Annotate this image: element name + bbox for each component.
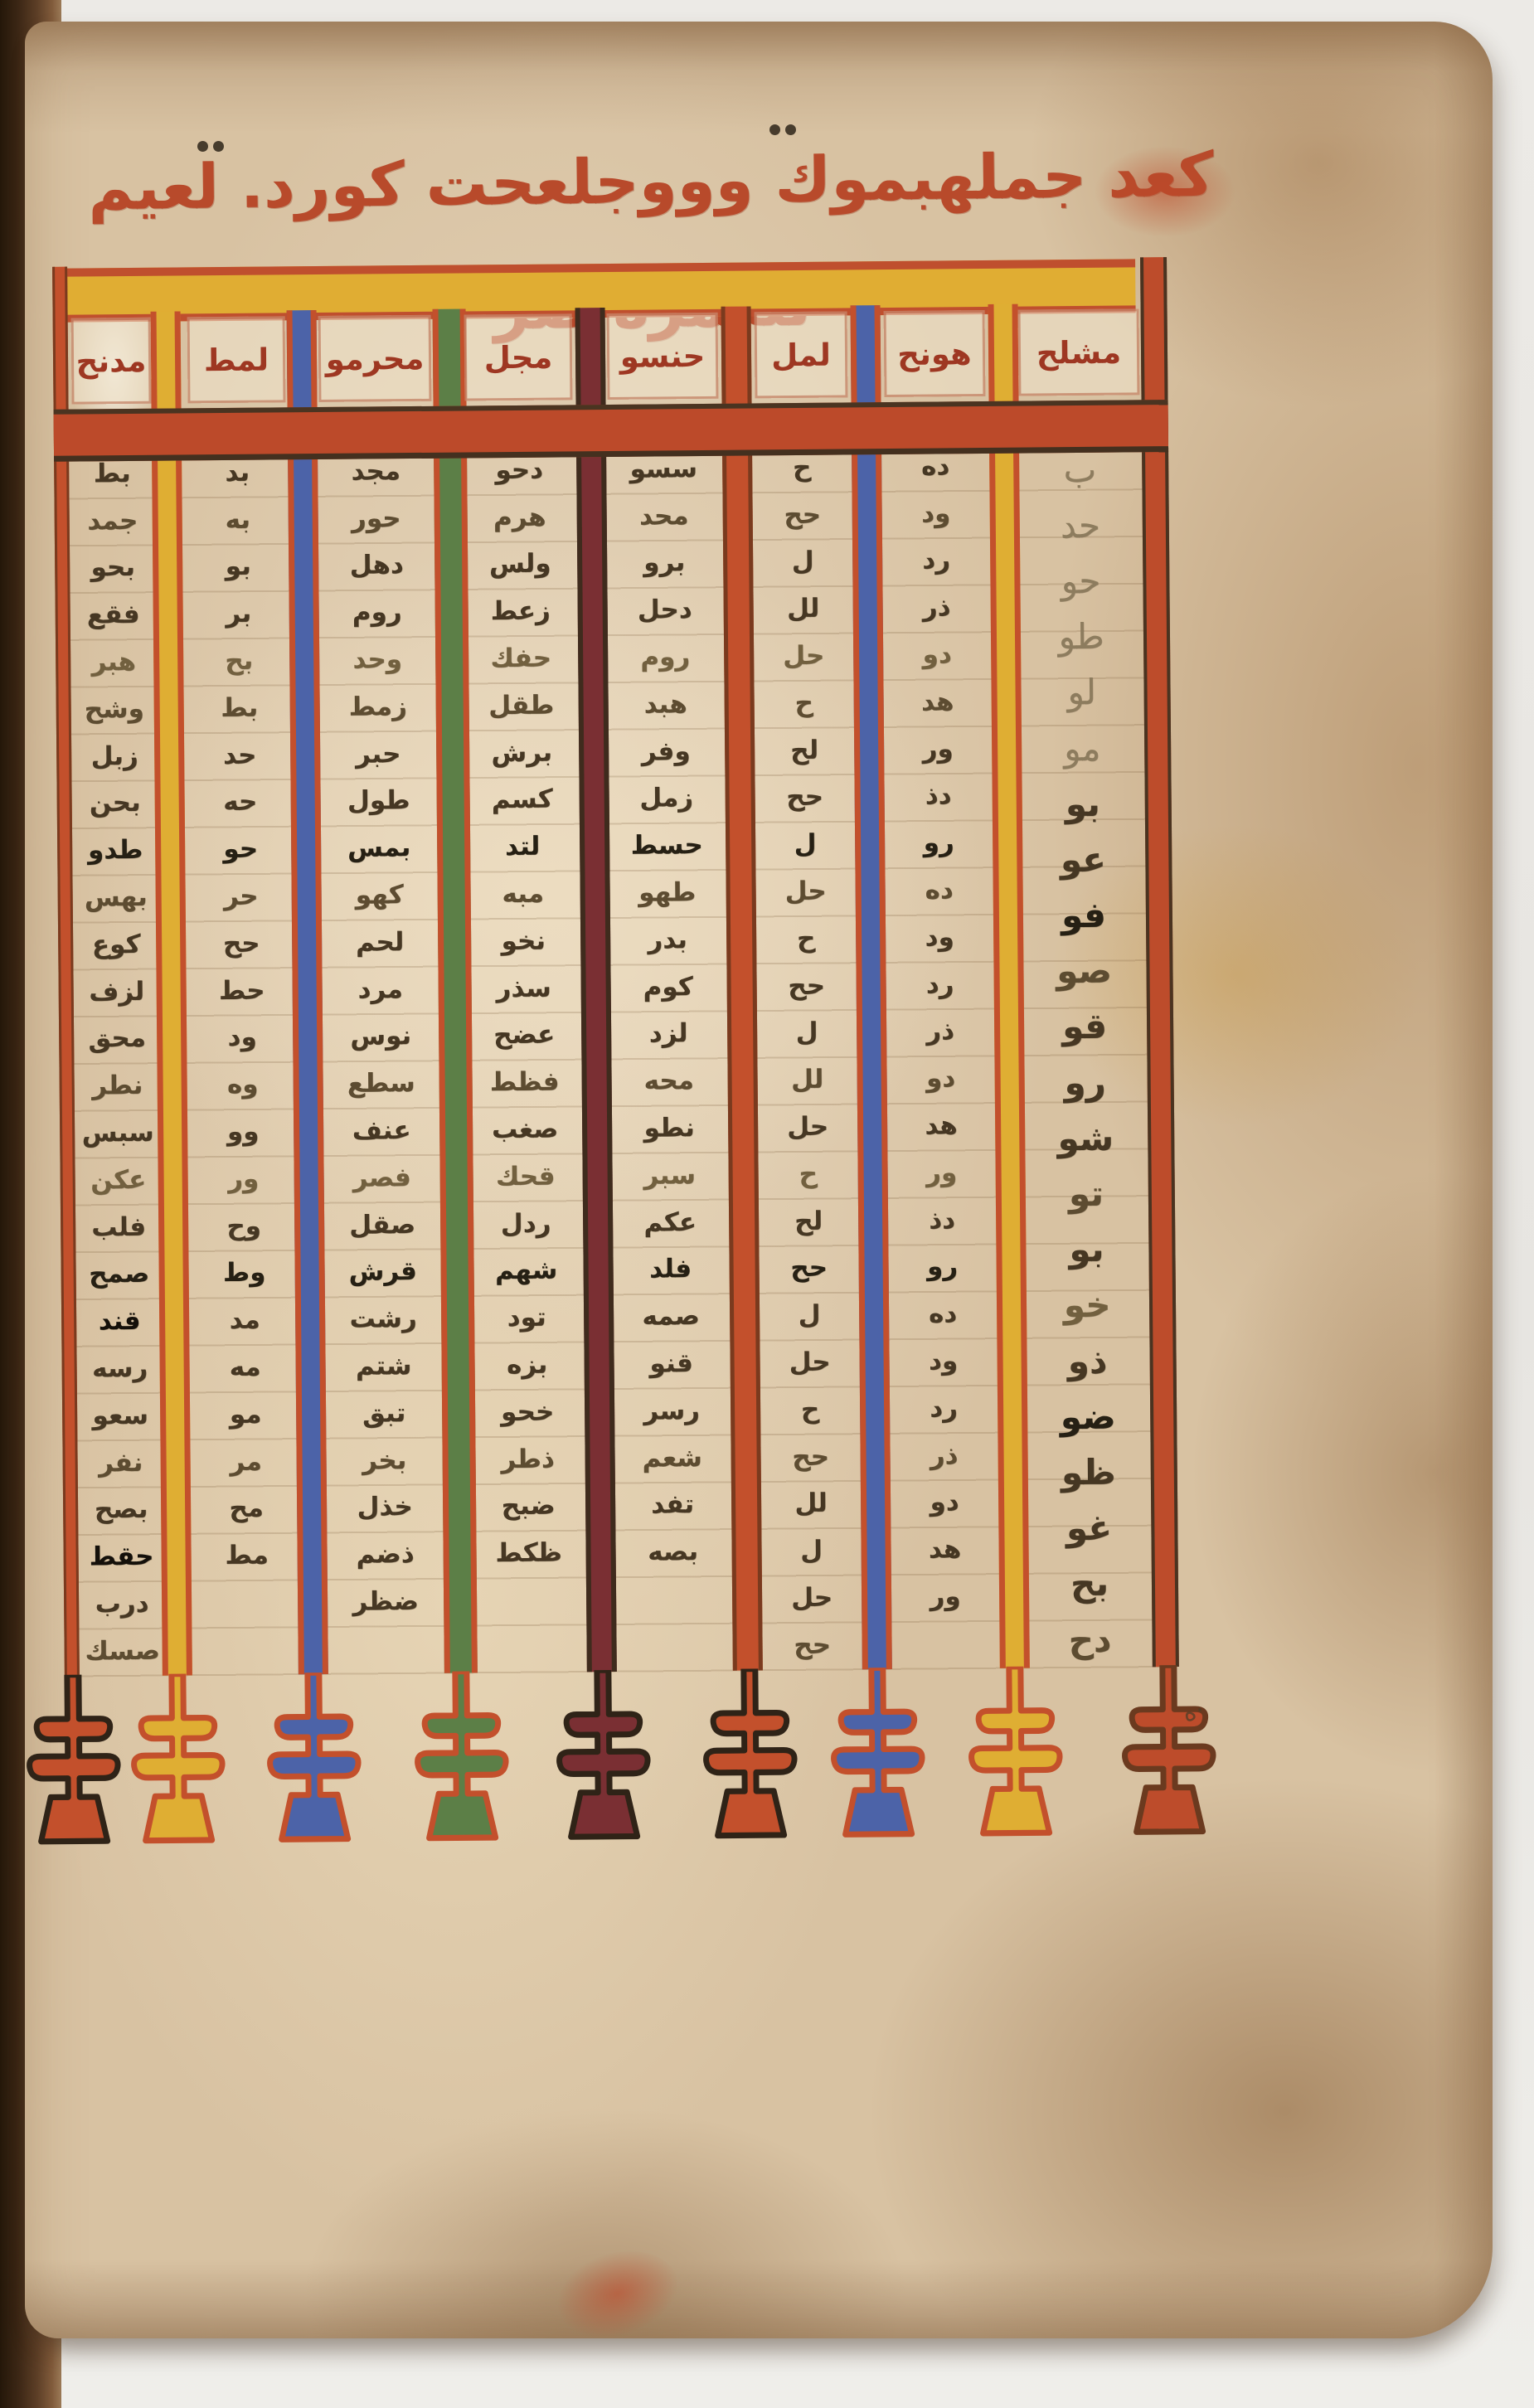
syriac-cell: صسك: [82, 1628, 162, 1676]
syriac-cell: لح: [762, 1197, 855, 1245]
syriac-cell: مح: [197, 1485, 295, 1533]
syriac-cell: ولس: [466, 541, 574, 589]
syriac-cell: سبس: [78, 1109, 158, 1158]
syriac-cell: فقع: [73, 591, 153, 639]
syriac-cell: رو: [888, 819, 989, 867]
syriac-cell: وط: [195, 1250, 293, 1298]
syriac-cell: فلد: [614, 1245, 726, 1294]
syriac-cell: دو: [894, 1478, 995, 1527]
syriac-cell: سعو: [80, 1392, 160, 1440]
syriac-cell: محه: [613, 1057, 724, 1105]
syriac-cell: صمه: [615, 1293, 726, 1341]
syriac-cell: ذضم: [328, 1531, 441, 1579]
syriac-cell: بصح: [81, 1486, 161, 1534]
syriac-cell: ل: [759, 821, 852, 869]
syriac-cell: بو: [1026, 1221, 1148, 1278]
syriac-cell: ده: [892, 1290, 993, 1338]
syriac-cell: رد: [889, 961, 990, 1009]
syriac-cell: حح: [755, 491, 848, 539]
syriac-cell: بصه: [617, 1528, 728, 1576]
syriac-cell: بد: [188, 449, 286, 497]
syriac-cell: رشت: [327, 1295, 439, 1343]
syriac-cell: حح: [760, 962, 852, 1010]
syriac-cell: شتم: [327, 1342, 439, 1391]
syriac-cell: حل: [761, 1104, 854, 1152]
syriac-cell: لزف: [76, 969, 156, 1017]
syriac-cell: كسم: [468, 776, 575, 824]
syriac-cell: رو: [1024, 1054, 1146, 1110]
syriac-cell: حه: [191, 779, 289, 827]
syriac-cell: حح: [758, 774, 851, 822]
syriac-cell: عكم: [614, 1199, 726, 1247]
column-header: مشلح: [1018, 308, 1140, 396]
syriac-cell: تبق: [328, 1390, 440, 1438]
syriac-cell: زعط: [466, 588, 574, 636]
syriac-cell: شعم: [616, 1434, 727, 1482]
syriac-cell: رسه: [80, 1345, 159, 1393]
syriac-cell: حد: [191, 731, 289, 779]
column-header: لمل: [755, 311, 848, 398]
syriac-cell: ده: [885, 443, 986, 491]
syriac-cell: قو: [1024, 998, 1146, 1055]
syriac-cell: به: [188, 496, 286, 544]
syriac-cell: بدر: [612, 916, 723, 964]
table-column: بطجمدبحوفقعهبروشحزبلبحنطدوبهسكوعلزفمحقنط…: [72, 450, 163, 1682]
syriac-cell: درب: [82, 1580, 162, 1629]
syriac-cell: حط: [192, 967, 290, 1015]
syriac-cell: حح: [764, 1433, 857, 1481]
syriac-cell: لل: [756, 585, 849, 634]
syriac-cell: غو: [1028, 1500, 1150, 1556]
syriac-cell: ظكط: [474, 1530, 582, 1578]
syriac-cell: وح: [195, 1202, 293, 1250]
syriac-cell: تفد: [617, 1481, 728, 1529]
column-header: محرمو: [318, 315, 432, 402]
syriac-cell: فظط: [470, 1059, 578, 1107]
table-column: دهودردذردوهدوردذرودهودردذردوهدوردذرودهود…: [885, 443, 997, 1674]
syriac-cell: ح: [757, 679, 850, 727]
syriac-cell: مه: [196, 1343, 294, 1391]
syriac-cell: رسر: [616, 1387, 727, 1435]
syriac-cell: حد: [1020, 498, 1142, 554]
syriac-cell: ذر: [893, 1432, 994, 1480]
syriac-cell: بهس: [75, 874, 155, 922]
syriac-cell: رد: [893, 1385, 994, 1433]
table-column: بدبهبوبربحبطحدحهحوحرحححطودوهوووروحوطمدمه…: [188, 449, 297, 1680]
syriac-cell: عكن: [78, 1157, 158, 1205]
syriac-cell: دهل: [320, 541, 433, 590]
syriac-cell: كهو: [323, 871, 435, 920]
syriac-cell: مجد: [319, 448, 432, 496]
syriac-cell: دح: [1029, 1611, 1151, 1668]
syriac-cell: هرم: [465, 493, 573, 541]
bar-finial: [264, 1672, 365, 1847]
bar-finial: [411, 1671, 512, 1846]
syriac-cell: نوس: [324, 1012, 437, 1061]
syriac-cell: طهو: [611, 869, 722, 917]
table-column: حححلللحلحلحححلحلحححلللحلحلحححلحلحححلللحل…: [755, 444, 859, 1675]
parchment-page: كعد جملهبموك وووجلعحت كورد. لعيم لتعمره …: [25, 22, 1493, 2338]
syriac-cell: ور: [194, 1155, 292, 1203]
syriac-cell: محد: [608, 493, 719, 541]
syriac-cell: ور: [891, 1149, 992, 1197]
table-column: سسومحدبرودحلرومهبدوفرزملحسططهوبدركوملزدم…: [608, 445, 730, 1677]
syriac-cell: بحو: [73, 544, 153, 592]
syriac-cell: سذر: [469, 964, 577, 1012]
syriac-cell: مط: [197, 1532, 295, 1580]
syriac-cell: بط: [72, 450, 152, 498]
syriac-cell: طقل: [467, 682, 575, 730]
syriac-cell: رد: [886, 537, 987, 585]
syriac-cell: دحو: [465, 446, 573, 494]
syriac-cell: فلب: [79, 1203, 158, 1251]
syriac-cell: لل: [765, 1480, 857, 1528]
column-header: مجل: [464, 313, 573, 401]
syriac-cell: برو: [609, 539, 720, 587]
column-header: حنسو: [607, 313, 719, 400]
syriac-cell: حبر: [322, 731, 434, 779]
header-row: مدنحلمطمحرمومجلحنسولملهونحمشلح: [25, 305, 1534, 408]
syriac-cell: وفر: [610, 728, 721, 776]
syriac-cell: هد: [891, 1102, 992, 1150]
table-zone: مدنحلمطمحرمومجلحنسولملهونحمشلح بطجمدبحوف…: [22, 14, 1510, 2343]
syriac-cell: عنف: [325, 1107, 438, 1155]
syriac-cell: خو: [1027, 1277, 1148, 1333]
bar-finial: [553, 1670, 654, 1845]
bar-finial: [828, 1668, 929, 1842]
syriac-cell: لحم: [323, 919, 436, 967]
syriac-cell: برش: [468, 729, 575, 777]
syriac-cell: مر: [197, 1438, 294, 1486]
syriac-cell: صغب: [471, 1105, 579, 1153]
syriac-cell: ردل: [472, 1200, 580, 1248]
syriac-cell: قرش: [326, 1248, 439, 1296]
syriac-cell: زمل: [610, 774, 721, 823]
syriac-cell: ل: [765, 1527, 857, 1575]
syriac-cell: طول: [322, 777, 434, 825]
syriac-cell: بحن: [75, 779, 154, 828]
syriac-cell: لزد: [613, 1010, 724, 1058]
syriac-cell: نفر: [80, 1439, 160, 1487]
syriac-cell: بزه: [473, 1341, 580, 1389]
syriac-cell: مبه: [468, 870, 576, 918]
syriac-cell: حر: [192, 873, 289, 921]
syriac-cell: روم: [609, 634, 721, 682]
syriac-cell: دذ: [891, 1197, 993, 1245]
syriac-cell: عضح: [470, 1012, 578, 1060]
syriac-cell: قحك: [471, 1153, 579, 1201]
syriac-cell: ذو: [1027, 1333, 1148, 1389]
syriac-cell: خذل: [328, 1483, 441, 1532]
syriac-cell: هد: [894, 1526, 995, 1574]
bar-finial: [128, 1673, 229, 1848]
syriac-cell: سبر: [614, 1152, 725, 1200]
table-column: مجدحوردهلروموحدزمطحبرطولبمسكهولحممردنوسس…: [319, 448, 443, 1679]
syriac-cell: حفك: [467, 635, 575, 683]
syriac-cell: صمح: [79, 1250, 158, 1299]
syriac-cell: زبل: [75, 733, 154, 781]
syriac-cell: حقط: [81, 1533, 161, 1581]
syriac-cell: حل: [763, 1339, 856, 1387]
syriac-cell: ل: [763, 1292, 856, 1340]
manuscript-photo: { "page": { "description": "Parchment le…: [0, 0, 1534, 2408]
syriac-cell: ود: [892, 1338, 993, 1386]
bar-finial: [700, 1668, 801, 1843]
syriac-cell: حل: [757, 633, 850, 681]
syriac-cell: دذ: [887, 773, 988, 821]
syriac-cell: ود: [889, 914, 990, 962]
syriac-cell: لح: [758, 726, 851, 774]
syriac-cell: قند: [80, 1298, 159, 1346]
syriac-cell: سسو: [608, 445, 719, 493]
syriac-cell: زمط: [321, 683, 434, 731]
syriac-cell: دو: [890, 1055, 991, 1103]
syriac-cell: ح: [764, 1386, 857, 1434]
syriac-cell: بح: [1029, 1556, 1151, 1612]
syriac-cell: كوم: [612, 964, 723, 1012]
syriac-cell: حل: [759, 868, 852, 916]
syriac-cell: قنو: [615, 1340, 726, 1388]
syriac-cell: لل: [760, 1056, 853, 1104]
column-header: مدنح: [71, 318, 152, 405]
syriac-cell: ل: [756, 538, 849, 586]
syriac-cell: حور: [319, 495, 432, 543]
syriac-cell: ل: [760, 1009, 853, 1057]
column-header: هونح: [884, 310, 986, 397]
syriac-cell: بط: [190, 684, 288, 732]
syriac-cell: صقل: [326, 1202, 439, 1250]
syriac-cell: حو: [1020, 553, 1142, 609]
syriac-cell: عو: [1022, 832, 1144, 888]
syriac-cell: بو: [189, 543, 287, 591]
syriac-cell: وو: [194, 1108, 292, 1156]
syriac-cell: بح: [190, 638, 288, 686]
syriac-cell: ح: [760, 915, 852, 963]
syriac-cell: ضو: [1027, 1389, 1149, 1445]
syriac-cell: ب: [1019, 441, 1141, 498]
syriac-cell: حح: [765, 1621, 858, 1669]
syriac-cell: مو: [197, 1391, 294, 1439]
syriac-cell: سطع: [324, 1060, 437, 1108]
syriac-cell: كوع: [76, 921, 156, 969]
syriac-cell: دو: [886, 631, 988, 679]
syriac-cell: خحو: [473, 1388, 581, 1436]
syriac-cell: نطو: [614, 1104, 725, 1153]
syriac-cell: رو: [891, 1244, 993, 1292]
bar-finial: [23, 1674, 124, 1849]
syriac-cell: جمد: [72, 498, 152, 546]
table-column: دحوهرمولسزعطحفكطقلبرشكسملتدمبهنخوسذرعضحف…: [465, 446, 584, 1677]
syriac-cell: دحل: [609, 586, 720, 634]
syriac-cell: هد: [886, 678, 988, 726]
column-header: لمط: [187, 316, 286, 403]
syriac-cell: وشح: [74, 686, 153, 734]
table-column: بحدحوطولوموبوعوفوصوقوروشوتوبوخوذوضوظوغوب…: [1019, 441, 1151, 1672]
syriac-cell: حسط: [611, 822, 722, 870]
syriac-cell: نطر: [77, 1062, 157, 1110]
syriac-cell: وحد: [321, 636, 434, 684]
syriac-cell: بمس: [323, 824, 435, 872]
syriac-cell: بو: [1022, 775, 1143, 832]
syriac-cell: ذر: [890, 1008, 991, 1056]
bar-finial: [965, 1666, 1066, 1841]
syriac-cell: ذر: [886, 584, 987, 632]
syriac-cell: تود: [473, 1294, 580, 1342]
syriac-cell: حل: [765, 1575, 858, 1623]
syriac-cell: حو: [192, 826, 289, 874]
syriac-cell: ضبح: [474, 1483, 582, 1531]
syriac-cell: ور: [887, 726, 988, 774]
syriac-cell: لتد: [468, 823, 576, 871]
syriac-cell: محق: [77, 1015, 157, 1063]
syriac-cell: ود: [193, 1014, 291, 1062]
syriac-cell: نخو: [469, 917, 577, 965]
syriac-cell: ذطر: [473, 1435, 581, 1483]
syriac-cell: هبر: [74, 638, 153, 687]
syriac-cell: حح: [192, 920, 290, 968]
syriac-cell: ضظر: [329, 1578, 442, 1626]
syriac-cell: ود: [885, 490, 986, 538]
syriac-cell: مد: [196, 1297, 294, 1345]
syriac-cell: ده: [888, 867, 989, 915]
syriac-cell: شو: [1025, 1110, 1147, 1167]
syriac-cell: بخر: [328, 1437, 440, 1485]
bar-finial: [1119, 1665, 1220, 1840]
syriac-cell: ح: [755, 444, 848, 492]
syriac-cell: تو: [1026, 1166, 1148, 1222]
syriac-cell: لو: [1021, 664, 1143, 721]
syriac-cell: حح: [762, 1245, 855, 1293]
syriac-cell: طو: [1021, 609, 1143, 665]
syriac-cell: فصر: [325, 1154, 438, 1202]
syriac-cell: وه: [193, 1061, 291, 1109]
syriac-cell: هبد: [609, 681, 721, 729]
syriac-cell: روم: [320, 589, 433, 637]
syriac-cell: فو: [1023, 887, 1145, 944]
syriac-cell: طدو: [75, 827, 155, 875]
syriac-cell: شهم: [472, 1247, 580, 1295]
syriac-cell: ظو: [1028, 1444, 1150, 1501]
syriac-cell: صو: [1023, 943, 1145, 999]
syriac-cell: مو: [1022, 720, 1143, 776]
syriac-cell: بر: [189, 590, 287, 638]
syriac-cell: مرد: [323, 966, 436, 1014]
syriac-cell: ور: [895, 1573, 996, 1621]
syriac-cell: ح: [761, 1150, 854, 1198]
